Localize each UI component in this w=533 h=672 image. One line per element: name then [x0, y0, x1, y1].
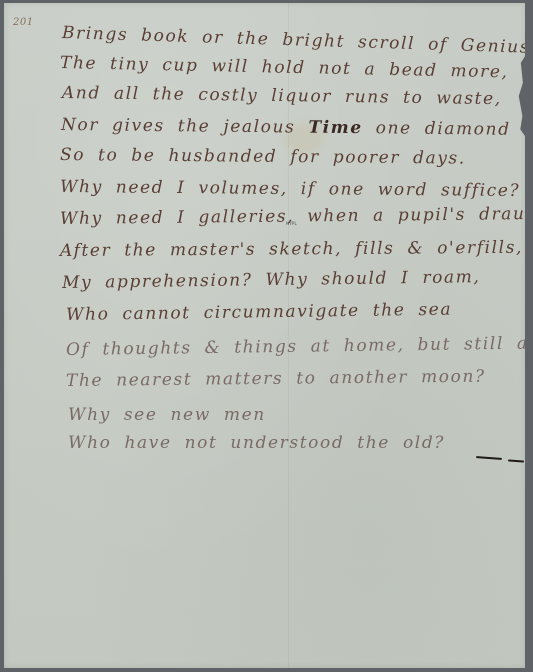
end-dash	[508, 459, 524, 462]
manuscript-line: The nearest matters to another moon?	[66, 367, 486, 391]
line-text: Nor gives the jealous	[61, 115, 309, 138]
manuscript-line: Nor gives the jealous Time one diamond d…	[61, 115, 533, 140]
manuscript-line: So to be husbanded for poorer days.	[60, 145, 466, 169]
manuscript-line: Who cannot circumnavigate the sea	[66, 300, 452, 325]
manuscript-line: Why need I volumes, if one word suffice?	[60, 177, 520, 201]
manuscript-page: 201 NYPL Brings book or the bright scrol…	[4, 3, 525, 668]
manuscript-line: After the master's sketch, fills & o'erf…	[60, 238, 523, 261]
manuscript-line: My apprehension? Why should I roam,	[62, 267, 481, 293]
line-text: one diamond drop	[363, 118, 533, 140]
manuscript-line: Brings book or the bright scroll of Geni…	[62, 23, 533, 58]
emphasized-word: Time	[308, 118, 363, 139]
manuscript-line: Why need I galleries, when a pupil's dra…	[60, 204, 533, 229]
manuscript-line: Why see new men	[68, 405, 266, 425]
manuscript-line: Of thoughts & things at home, but still …	[66, 333, 533, 360]
end-dash	[476, 456, 502, 460]
manuscript-line: The tiny cup will hold not a bead more,	[60, 53, 509, 82]
scan-frame: 201 NYPL Brings book or the bright scrol…	[0, 0, 533, 672]
manuscript-line: Who have not understood the old?	[68, 433, 445, 453]
manuscript-line: And all the costly liquor runs to waste,	[62, 83, 502, 109]
page-number: 201	[13, 17, 34, 28]
